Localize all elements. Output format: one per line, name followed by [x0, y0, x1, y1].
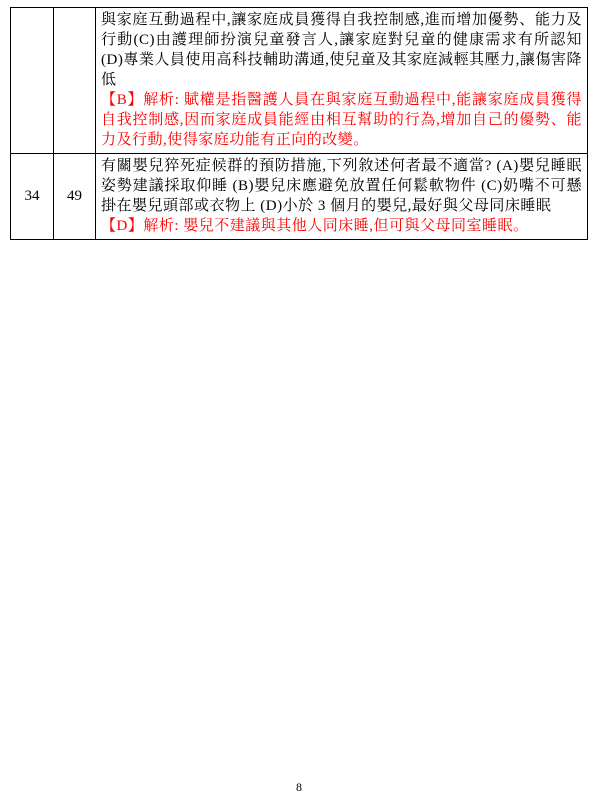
page-number: 8	[0, 780, 598, 795]
question-number-cell	[11, 8, 54, 154]
table-row: 34 49 有關嬰兒猝死症候群的預防措施,下列敘述何者最不適當? (A)嬰兒睡眠…	[11, 154, 588, 240]
answer-explanation: 【D】解析: 嬰兒不建議與其他人同床睡,但可與父母同室睡眠。	[101, 216, 582, 236]
answer-explanation: 【B】解析: 賦權是指醫護人員在與家庭互動過程中,能讓家庭成員獲得自我控制感,因…	[101, 90, 582, 150]
question-content-cell: 有關嬰兒猝死症候群的預防措施,下列敘述何者最不適當? (A)嬰兒睡眠姿勢建議採取…	[96, 154, 588, 240]
question-table: 與家庭互動過程中,讓家庭成員獲得自我控制感,進而增加優勢、能力及行動(C)由護理…	[10, 7, 588, 240]
serial-number-cell	[54, 8, 96, 154]
document-page: 與家庭互動過程中,讓家庭成員獲得自我控制感,進而增加優勢、能力及行動(C)由護理…	[0, 0, 598, 810]
question-text: 有關嬰兒猝死症候群的預防措施,下列敘述何者最不適當? (A)嬰兒睡眠姿勢建議採取…	[101, 156, 582, 216]
question-text: 與家庭互動過程中,讓家庭成員獲得自我控制感,進而增加優勢、能力及行動(C)由護理…	[101, 10, 582, 90]
question-number-cell: 34	[11, 154, 54, 240]
serial-number-cell: 49	[54, 154, 96, 240]
question-content-cell: 與家庭互動過程中,讓家庭成員獲得自我控制感,進而增加優勢、能力及行動(C)由護理…	[96, 8, 588, 154]
table-row: 與家庭互動過程中,讓家庭成員獲得自我控制感,進而增加優勢、能力及行動(C)由護理…	[11, 8, 588, 154]
